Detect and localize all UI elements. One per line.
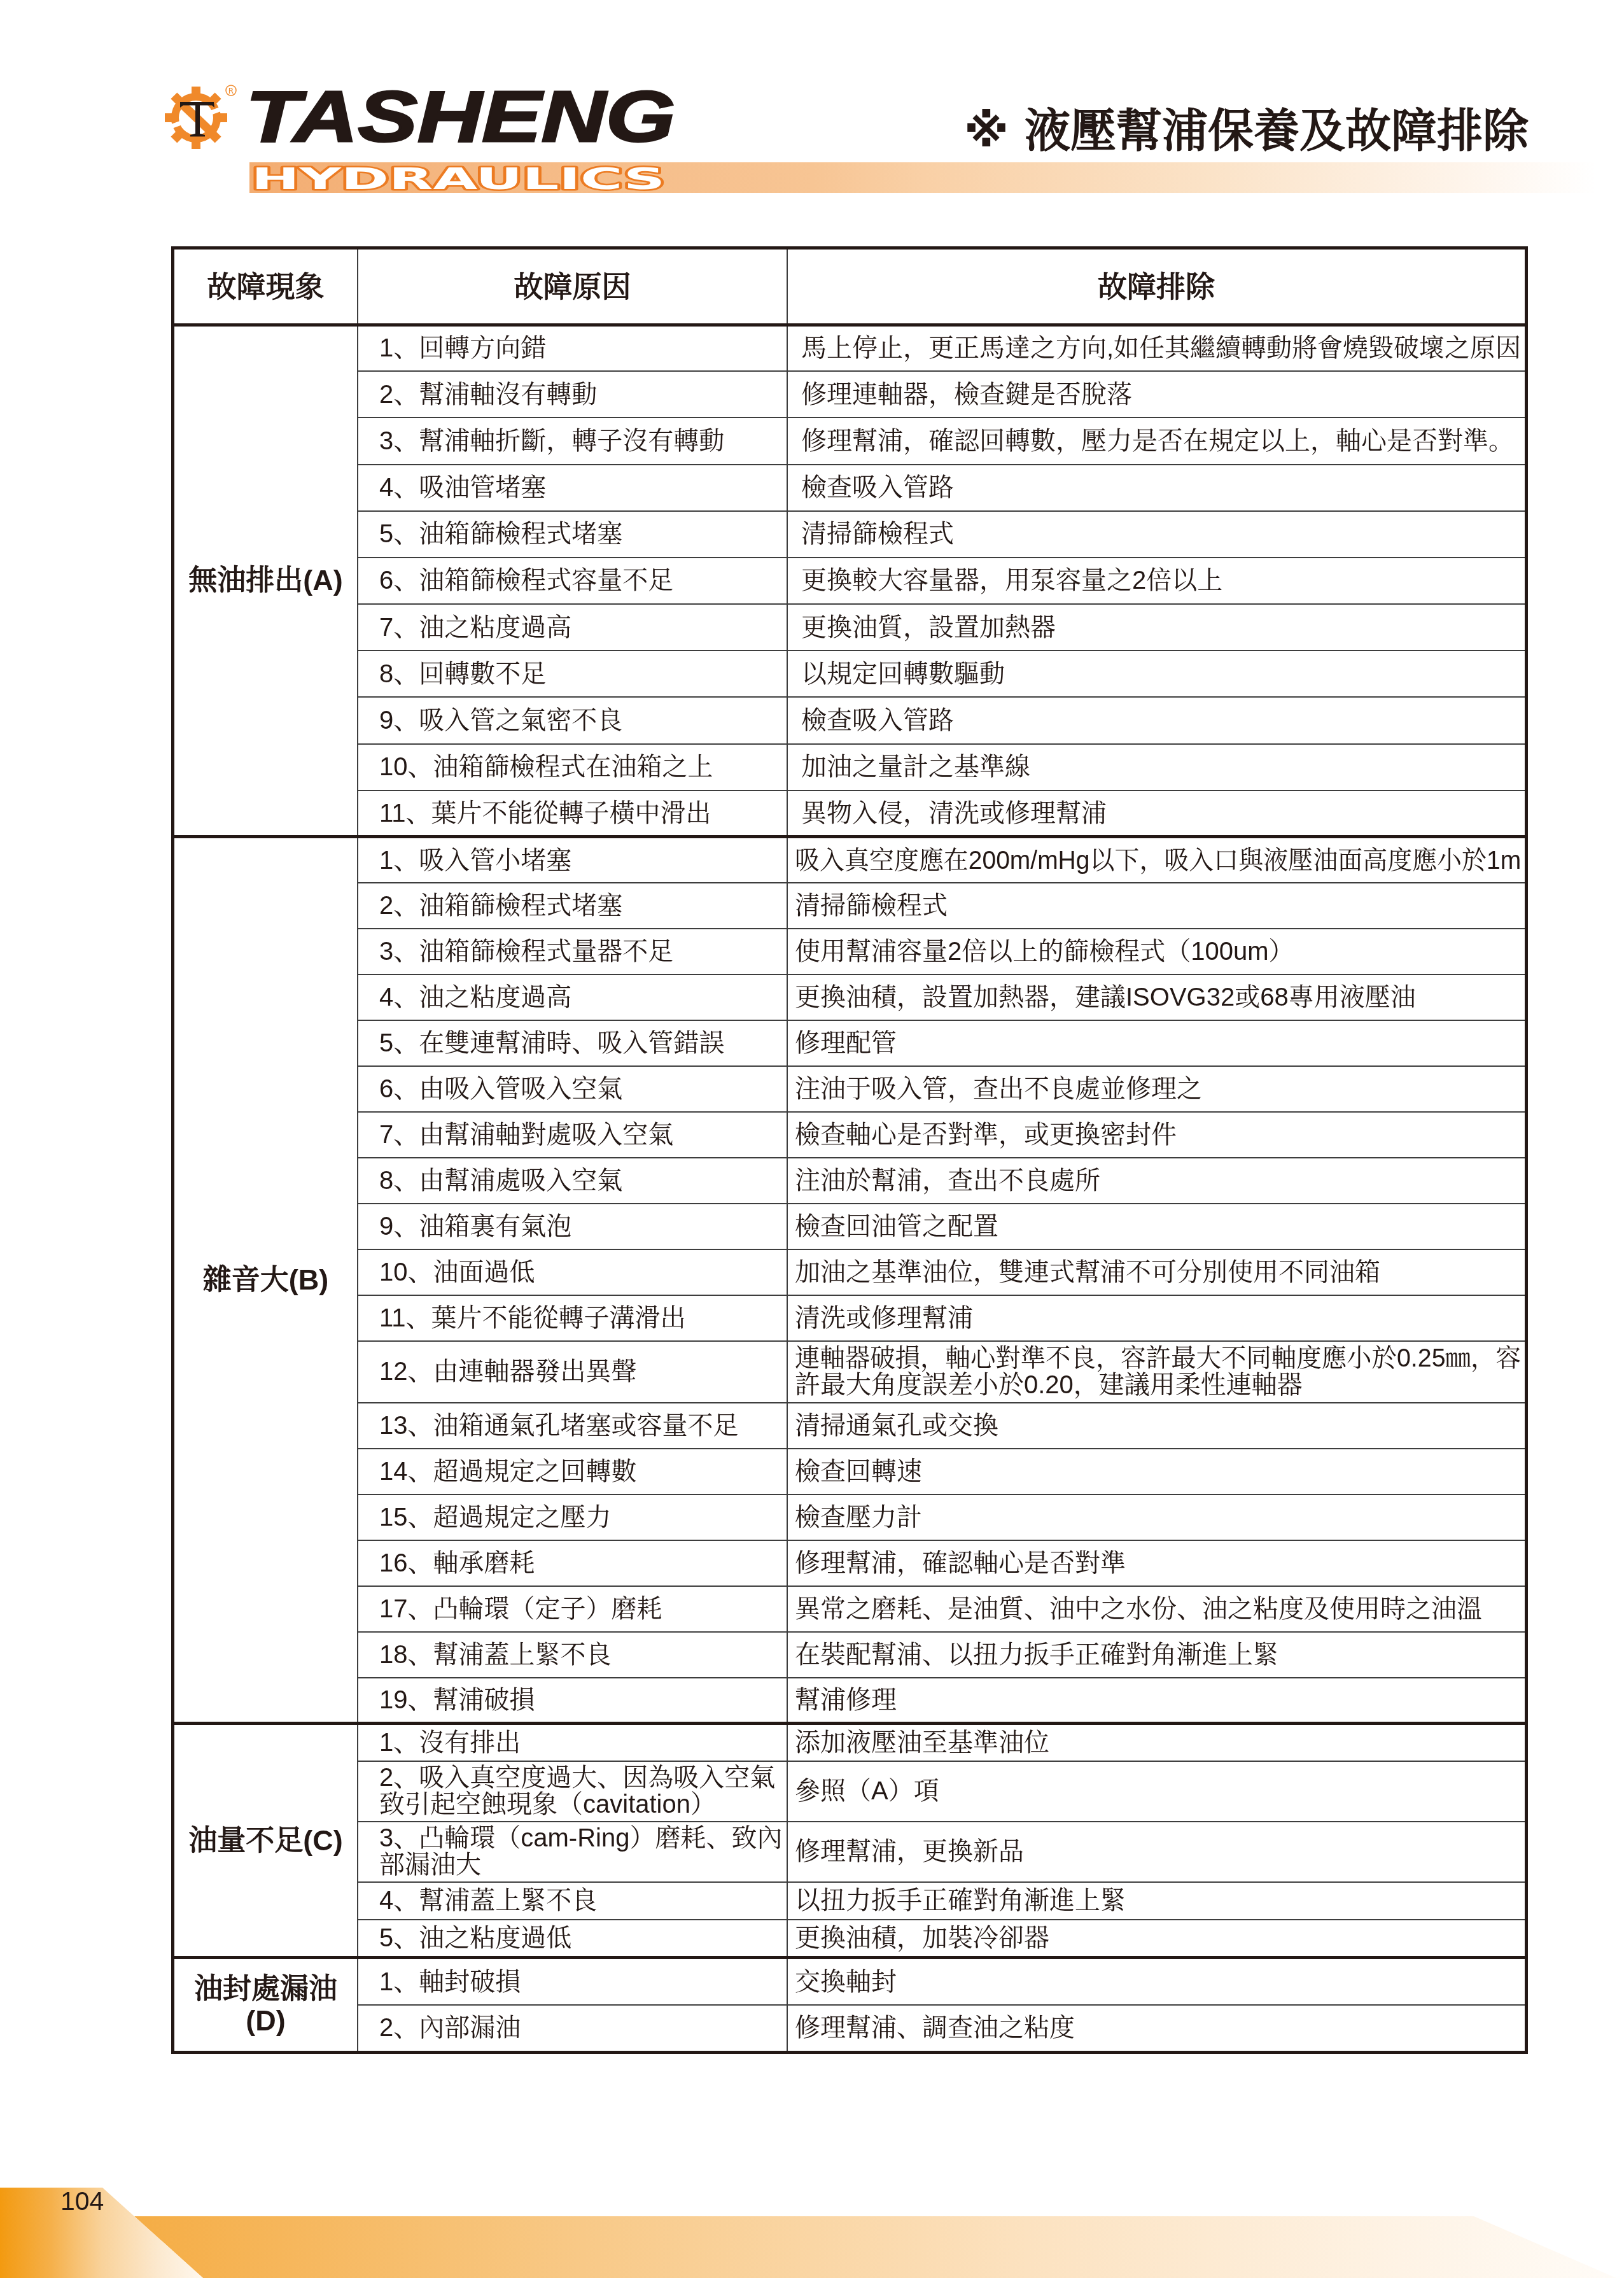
remedy-cell: 清掃篩檢程式 — [787, 883, 1525, 929]
cause-cell: 16、軸承磨耗 — [358, 1540, 787, 1586]
cause-text: 4、油之粘度過高 — [379, 983, 783, 1011]
cause-text: 18、幫浦蓋上緊不良 — [379, 1641, 783, 1669]
remedy-text: 注油於幫浦，查出不良處所 — [795, 1167, 1521, 1195]
table-row: 18、幫浦蓋上緊不良 在裝配幫浦、以扭力扳手正確對角漸進上緊 — [174, 1632, 1525, 1678]
cause-cell: 5、油之粘度過低 — [358, 1920, 787, 1958]
remedy-text: 異物入侵，清洗或修理幫浦 — [801, 799, 1521, 827]
cause-cell: 11、葉片不能從轉子溝滑出 — [358, 1295, 787, 1341]
cause-text: 8、由幫浦處吸入空氣 — [379, 1167, 783, 1195]
remedy-text: 清掃篩檢程式 — [801, 520, 1521, 548]
remedy-cell: 檢查軸心是否對準，或更換密封件 — [787, 1112, 1525, 1158]
remedy-text: 清掃篩檢程式 — [795, 892, 1521, 920]
cause-text: 7、由幫浦軸對處吸入空氣 — [379, 1121, 783, 1149]
cause-cell: 4、吸油管堵塞 — [358, 465, 787, 511]
cause-cell: 6、油箱篩檢程式容量不足 — [358, 558, 787, 604]
cause-cell: 5、油箱篩檢程式堵塞 — [358, 511, 787, 558]
cause-text: 1、沒有排出 — [379, 1729, 783, 1757]
remedy-cell: 注油于吸入管，查出不良處並修理之 — [787, 1066, 1525, 1112]
subbrand-wordmark: HYDRAULICS — [249, 162, 695, 193]
table-row: 5、在雙連幫浦時、吸入管錯誤 修理配管 — [174, 1020, 1525, 1066]
symptom-cell-a: 無油排出(A) — [174, 325, 358, 837]
cause-text: 14、超過規定之回轉數 — [379, 1458, 783, 1486]
table-row: 2、油箱篩檢程式堵塞 清掃篩檢程式 — [174, 883, 1525, 929]
cause-cell: 1、吸入管小堵塞 — [358, 837, 787, 883]
remedy-cell: 使用幫浦容量2倍以上的篩檢程式（100um） — [787, 929, 1525, 974]
remedy-text: 清掃通氣孔或交換 — [795, 1412, 1521, 1440]
table-row: 4、幫浦蓋上緊不良 以扭力扳手正確對角漸進上緊 — [174, 1882, 1525, 1920]
remedy-cell: 更換較大容量器，用泵容量之2倍以上 — [787, 558, 1525, 604]
remedy-cell: 檢查壓力計 — [787, 1494, 1525, 1540]
remedy-text: 注油于吸入管，查出不良處並修理之 — [795, 1075, 1521, 1103]
remedy-cell: 檢查回轉速 — [787, 1449, 1525, 1494]
remedy-text: 馬上停止，更正馬達之方向,如任其繼續轉動將會燒毀破壞之原因 — [801, 334, 1521, 362]
table-row: 2、內部漏油 修理幫浦、調查油之粘度 — [174, 2005, 1525, 2051]
table-row: 5、油箱篩檢程式堵塞 清掃篩檢程式 — [174, 511, 1525, 558]
logo-gear-icon: R — [163, 81, 242, 155]
remedy-text: 修理幫浦，更換新品 — [795, 1838, 1521, 1866]
cause-text-line: 致引起空蝕現象（cavitation） — [379, 1791, 783, 1818]
remedy-text: 修理幫浦、調查油之粘度 — [795, 2014, 1521, 2042]
column-header-symptom: 故障現象 — [174, 250, 358, 325]
svg-text:R: R — [228, 87, 234, 95]
remedy-text: 更換油積，加裝冷卻器 — [795, 1924, 1521, 1952]
remedy-text: 清洗或修理幫浦 — [795, 1304, 1521, 1332]
remedy-cell: 清洗或修理幫浦 — [787, 1295, 1525, 1341]
remedy-cell: 幫浦修理 — [787, 1678, 1525, 1724]
cause-cell: 3、油箱篩檢程式量器不足 — [358, 929, 787, 974]
troubleshooting-table: 故障現象 故障原因 故障排除 無油排出(A) 1、回轉方向錯 馬上停止，更正馬達… — [171, 246, 1528, 2054]
remedy-cell: 加油之量計之基準線 — [787, 744, 1525, 791]
table-row: 9、油箱裏有氣泡 檢查回油管之配置 — [174, 1204, 1525, 1249]
remedy-cell: 修理連軸器，檢查鍵是否脫落 — [787, 371, 1525, 418]
cause-cell: 13、油箱通氣孔堵塞或容量不足 — [358, 1403, 787, 1449]
cause-cell: 3、凸輪環（cam-Ring）磨耗、致內 部漏油大 — [358, 1822, 787, 1882]
remedy-text-line: 連軸器破損，軸心對準不良，容許最大不同軸度應小於0.25㎜，容 — [795, 1345, 1510, 1372]
table-row: 15、超過規定之壓力 檢查壓力計 — [174, 1494, 1525, 1540]
cause-text: 10、油箱篩檢程式在油箱之上 — [379, 753, 783, 781]
remedy-cell: 檢查吸入管路 — [787, 465, 1525, 511]
cause-text-line: 部漏油大 — [379, 1852, 783, 1878]
remedy-text: 更換較大容量器，用泵容量之2倍以上 — [801, 566, 1521, 594]
cause-cell: 2、幫浦軸沒有轉動 — [358, 371, 787, 418]
cause-text: 12、由連軸器發出異聲 — [379, 1358, 783, 1386]
remedy-text: 參照（A）項 — [795, 1777, 1521, 1805]
column-header-cause: 故障原因 — [358, 250, 787, 325]
table-row: 17、凸輪環（定子）磨耗 異常之磨耗、是油質、油中之水份、油之粘度及使用時之油溫 — [174, 1586, 1525, 1632]
remedy-text: 交換軸封 — [795, 1968, 1521, 1996]
cause-cell: 2、內部漏油 — [358, 2005, 787, 2051]
brand-wordmark: TASHENG — [241, 81, 699, 151]
cause-text: 4、幫浦蓋上緊不良 — [379, 1887, 783, 1915]
page-title: ※ 液壓幫浦保養及故障排除 — [923, 102, 1529, 159]
cause-text: 7、油之粘度過高 — [379, 614, 783, 642]
remedy-cell: 更換油質，設置加熱器 — [787, 604, 1525, 650]
cause-cell: 6、由吸入管吸入空氣 — [358, 1066, 787, 1112]
remedy-text: 以扭力扳手正確對角漸進上緊 — [795, 1887, 1521, 1915]
table-row: 4、吸油管堵塞 檢查吸入管路 — [174, 465, 1525, 511]
remedy-cell: 修理配管 — [787, 1020, 1525, 1066]
cause-text: 11、葉片不能從轉子橫中滑出 — [379, 799, 783, 827]
symptom-label: 無油排出(A) — [174, 565, 357, 596]
remedy-text: 添加液壓油至基準油位 — [795, 1729, 1521, 1757]
symptom-label-suffix: (D) — [174, 2005, 357, 2037]
table-row: 9、吸入管之氣密不良 檢查吸入管路 — [174, 697, 1525, 743]
table-row: 油量不足(C) 1、沒有排出 添加液壓油至基準油位 — [174, 1724, 1525, 1761]
remedy-text: 異常之磨耗、是油質、油中之水份、油之粘度及使用時之油溫 — [795, 1595, 1521, 1623]
remedy-text: 檢查軸心是否對準，或更換密封件 — [795, 1121, 1521, 1149]
subbrand-name: HYDRAULICS — [251, 162, 665, 197]
table-row: 7、由幫浦軸對處吸入空氣 檢查軸心是否對準，或更換密封件 — [174, 1112, 1525, 1158]
cause-text: 19、幫浦破損 — [379, 1686, 783, 1714]
cause-cell: 2、油箱篩檢程式堵塞 — [358, 883, 787, 929]
table-row: 2、吸入真空度過大、因為吸入空氣 致引起空蝕現象（cavitation） 參照（… — [174, 1761, 1525, 1822]
remedy-text: 在裝配幫浦、以扭力扳手正確對角漸進上緊 — [795, 1641, 1521, 1669]
cause-text: 9、油箱裏有氣泡 — [379, 1213, 783, 1241]
remedy-cell: 異常之磨耗、是油質、油中之水份、油之粘度及使用時之油溫 — [787, 1586, 1525, 1632]
remedy-text: 吸入真空度應在200m/mHg以下，吸入口與液壓油面高度應小於1m — [795, 847, 1502, 875]
cause-cell: 19、幫浦破損 — [358, 1678, 787, 1724]
table-row: 7、油之粘度過高 更換油質，設置加熱器 — [174, 604, 1525, 650]
table-row: 5、油之粘度過低 更換油積，加裝冷卻器 — [174, 1920, 1525, 1958]
table-header-row: 故障現象 故障原因 故障排除 — [174, 250, 1525, 325]
table-row: 14、超過規定之回轉數 檢查回轉速 — [174, 1449, 1525, 1494]
cause-cell: 1、軸封破損 — [358, 1958, 787, 2005]
cause-cell: 9、油箱裏有氣泡 — [358, 1204, 787, 1249]
table-row: 6、由吸入管吸入空氣 注油于吸入管，查出不良處並修理之 — [174, 1066, 1525, 1112]
remedy-cell: 以扭力扳手正確對角漸進上緊 — [787, 1882, 1525, 1920]
registered-mark-icon: R — [226, 85, 236, 95]
remedy-cell: 清掃通氣孔或交換 — [787, 1403, 1525, 1449]
table-row: 19、幫浦破損 幫浦修理 — [174, 1678, 1525, 1724]
cause-text: 11、葉片不能從轉子溝滑出 — [379, 1304, 783, 1332]
symptom-cell-c: 油量不足(C) — [174, 1724, 358, 1958]
table-row: 2、幫浦軸沒有轉動 修理連軸器，檢查鍵是否脫落 — [174, 371, 1525, 418]
symptom-cell-b: 雜音大(B) — [174, 837, 358, 1724]
table-row: 8、回轉數不足 以規定回轉數驅動 — [174, 650, 1525, 697]
cause-text: 17、凸輪環（定子）磨耗 — [379, 1595, 783, 1623]
table-row: 6、油箱篩檢程式容量不足 更換較大容量器，用泵容量之2倍以上 — [174, 558, 1525, 604]
cause-cell: 10、油面過低 — [358, 1249, 787, 1295]
cause-text: 5、油箱篩檢程式堵塞 — [379, 520, 783, 548]
remedy-cell: 馬上停止，更正馬達之方向,如任其繼續轉動將會燒毀破壞之原因 — [787, 325, 1525, 371]
table-row: 10、油箱篩檢程式在油箱之上 加油之量計之基準線 — [174, 744, 1525, 791]
remedy-text: 修理配管 — [795, 1029, 1521, 1057]
remedy-text: 幫浦修理 — [795, 1686, 1521, 1714]
remedy-text: 加油之基準油位，雙連式幫浦不可分別使用不同油箱 — [795, 1258, 1521, 1286]
cause-text: 3、油箱篩檢程式量器不足 — [379, 938, 783, 966]
symptom-cell-d: 油封處漏油 (D) — [174, 1958, 358, 2051]
remedy-cell: 加油之基準油位，雙連式幫浦不可分別使用不同油箱 — [787, 1249, 1525, 1295]
remedy-cell: 更換油積，加裝冷卻器 — [787, 1920, 1525, 1958]
cause-cell: 3、幫浦軸折斷，轉子沒有轉動 — [358, 418, 787, 464]
remedy-cell: 更換油積，設置加熱器，建議ISOVG32或68專用液壓油 — [787, 974, 1525, 1020]
cause-text: 15、超過規定之壓力 — [379, 1503, 783, 1531]
table-row: 8、由幫浦處吸入空氣 注油於幫浦，查出不良處所 — [174, 1158, 1525, 1204]
cause-text: 9、吸入管之氣密不良 — [379, 707, 783, 735]
table-row: 3、油箱篩檢程式量器不足 使用幫浦容量2倍以上的篩檢程式（100um） — [174, 929, 1525, 974]
remedy-cell: 修理幫浦，確認軸心是否對準 — [787, 1540, 1525, 1586]
remedy-cell: 在裝配幫浦、以扭力扳手正確對角漸進上緊 — [787, 1632, 1525, 1678]
remedy-text: 以規定回轉數驅動 — [801, 660, 1521, 688]
remedy-cell: 異物入侵，清洗或修理幫浦 — [787, 791, 1525, 837]
cause-cell: 9、吸入管之氣密不良 — [358, 697, 787, 743]
cause-cell: 7、油之粘度過高 — [358, 604, 787, 650]
remedy-cell: 清掃篩檢程式 — [787, 511, 1525, 558]
remedy-text: 檢查吸入管路 — [801, 474, 1521, 502]
cause-text-line: 3、凸輪環（cam-Ring）磨耗、致內 — [379, 1825, 783, 1852]
remedy-cell: 吸入真空度應在200m/mHg以下，吸入口與液壓油面高度應小於1m — [787, 837, 1525, 883]
cause-cell: 17、凸輪環（定子）磨耗 — [358, 1586, 787, 1632]
cause-cell: 1、回轉方向錯 — [358, 325, 787, 371]
cause-cell: 18、幫浦蓋上緊不良 — [358, 1632, 787, 1678]
cause-text-line: 2、吸入真空度過大、因為吸入空氣 — [379, 1764, 783, 1791]
cause-cell: 5、在雙連幫浦時、吸入管錯誤 — [358, 1020, 787, 1066]
cause-text: 2、幫浦軸沒有轉動 — [379, 381, 783, 409]
cause-text: 5、油之粘度過低 — [379, 1924, 783, 1952]
remedy-text: 更換油質，設置加熱器 — [801, 614, 1521, 642]
cause-text: 4、吸油管堵塞 — [379, 474, 783, 502]
page-number: 104 — [60, 2188, 104, 2214]
footer-orange-band — [0, 2183, 1624, 2278]
remedy-cell: 修理幫浦，更換新品 — [787, 1822, 1525, 1882]
cause-cell: 15、超過規定之壓力 — [358, 1494, 787, 1540]
table-row: 16、軸承磨耗 修理幫浦，確認軸心是否對準 — [174, 1540, 1525, 1586]
cause-text: 2、內部漏油 — [379, 2014, 783, 2042]
cause-text: 1、回轉方向錯 — [379, 334, 783, 362]
cause-text: 1、軸封破損 — [379, 1968, 783, 1996]
remedy-cell: 添加液壓油至基準油位 — [787, 1724, 1525, 1761]
cause-text: 1、吸入管小堵塞 — [379, 847, 783, 875]
table-row: 13、油箱通氣孔堵塞或容量不足 清掃通氣孔或交換 — [174, 1403, 1525, 1449]
cause-cell: 7、由幫浦軸對處吸入空氣 — [358, 1112, 787, 1158]
cause-text: 3、幫浦軸折斷，轉子沒有轉動 — [379, 427, 783, 455]
cause-cell: 14、超過規定之回轉數 — [358, 1449, 787, 1494]
remedy-cell: 修理幫浦，確認回轉數，壓力是否在規定以上，軸心是否對準。 — [787, 418, 1525, 464]
remedy-cell: 修理幫浦、調查油之粘度 — [787, 2005, 1525, 2051]
cause-cell: 8、由幫浦處吸入空氣 — [358, 1158, 787, 1204]
remedy-cell: 連軸器破損，軸心對準不良，容許最大不同軸度應小於0.25㎜，容 許最大角度誤差小… — [787, 1341, 1525, 1403]
cause-text: 8、回轉數不足 — [379, 660, 783, 688]
remedy-cell: 以規定回轉數驅動 — [787, 650, 1525, 697]
symptom-label: 雜音大(B) — [174, 1264, 357, 1296]
remedy-text: 加油之量計之基準線 — [801, 753, 1521, 781]
table-row: 3、凸輪環（cam-Ring）磨耗、致內 部漏油大 修理幫浦，更換新品 — [174, 1822, 1525, 1882]
brand-name: TASHENG — [246, 76, 675, 157]
cause-cell: 2、吸入真空度過大、因為吸入空氣 致引起空蝕現象（cavitation） — [358, 1761, 787, 1822]
table-row: 11、葉片不能從轉子溝滑出 清洗或修理幫浦 — [174, 1295, 1525, 1341]
remedy-text: 檢查壓力計 — [795, 1503, 1521, 1531]
remedy-text: 更換油積，設置加熱器，建議ISOVG32或68專用液壓油 — [795, 983, 1521, 1011]
remedy-text: 修理連軸器，檢查鍵是否脫落 — [801, 381, 1521, 409]
cause-text: 6、油箱篩檢程式容量不足 — [379, 566, 783, 594]
cause-text: 5、在雙連幫浦時、吸入管錯誤 — [379, 1029, 783, 1057]
cause-cell: 12、由連軸器發出異聲 — [358, 1341, 787, 1403]
remedy-cell: 參照（A）項 — [787, 1761, 1525, 1822]
remedy-cell: 注油於幫浦，查出不良處所 — [787, 1158, 1525, 1204]
cause-text: 13、油箱通氣孔堵塞或容量不足 — [379, 1412, 783, 1440]
remedy-text-line: 許最大角度誤差小於0.20，建議用柔性連軸器 — [795, 1372, 1521, 1398]
cause-text: 2、油箱篩檢程式堵塞 — [379, 892, 783, 920]
cause-cell: 4、油之粘度過高 — [358, 974, 787, 1020]
table-row: 油封處漏油 (D) 1、軸封破損 交換軸封 — [174, 1958, 1525, 2005]
table-row: 雜音大(B) 1、吸入管小堵塞 吸入真空度應在200m/mHg以下，吸入口與液壓… — [174, 837, 1525, 883]
remedy-text: 使用幫浦容量2倍以上的篩檢程式（100um） — [795, 938, 1521, 966]
cause-text: 16、軸承磨耗 — [379, 1549, 783, 1577]
table-row: 無油排出(A) 1、回轉方向錯 馬上停止，更正馬達之方向,如任其繼續轉動將會燒毀… — [174, 325, 1525, 371]
remedy-text: 修理幫浦，確認軸心是否對準 — [795, 1549, 1521, 1577]
cause-text: 6、由吸入管吸入空氣 — [379, 1075, 783, 1103]
symptom-label: 油封處漏油 — [174, 1973, 357, 2005]
symptom-label: 油量不足(C) — [174, 1825, 357, 1857]
table-row: 11、葉片不能從轉子橫中滑出 異物入侵，清洗或修理幫浦 — [174, 791, 1525, 837]
table-row: 4、油之粘度過高 更換油積，設置加熱器，建議ISOVG32或68專用液壓油 — [174, 974, 1525, 1020]
cause-cell: 4、幫浦蓋上緊不良 — [358, 1882, 787, 1920]
table-row: 3、幫浦軸折斷，轉子沒有轉動 修理幫浦，確認回轉數，壓力是否在規定以上，軸心是否… — [174, 418, 1525, 464]
remedy-cell: 交換軸封 — [787, 1958, 1525, 2005]
cause-cell: 8、回轉數不足 — [358, 650, 787, 697]
cause-cell: 11、葉片不能從轉子橫中滑出 — [358, 791, 787, 837]
remedy-cell: 檢查回油管之配置 — [787, 1204, 1525, 1249]
cause-cell: 1、沒有排出 — [358, 1724, 787, 1761]
remedy-cell: 檢查吸入管路 — [787, 697, 1525, 743]
cause-cell: 10、油箱篩檢程式在油箱之上 — [358, 744, 787, 791]
column-header-remedy: 故障排除 — [787, 250, 1525, 325]
table-row: 10、油面過低 加油之基準油位，雙連式幫浦不可分別使用不同油箱 — [174, 1249, 1525, 1295]
table-row: 12、由連軸器發出異聲 連軸器破損，軸心對準不良，容許最大不同軸度應小於0.25… — [174, 1341, 1525, 1403]
remedy-text: 檢查回轉速 — [795, 1458, 1521, 1486]
cause-text: 10、油面過低 — [379, 1258, 783, 1286]
remedy-text: 檢查吸入管路 — [801, 707, 1521, 735]
remedy-text: 修理幫浦，確認回轉數，壓力是否在規定以上，軸心是否對準。 — [801, 427, 1521, 455]
remedy-text: 檢查回油管之配置 — [795, 1213, 1521, 1241]
